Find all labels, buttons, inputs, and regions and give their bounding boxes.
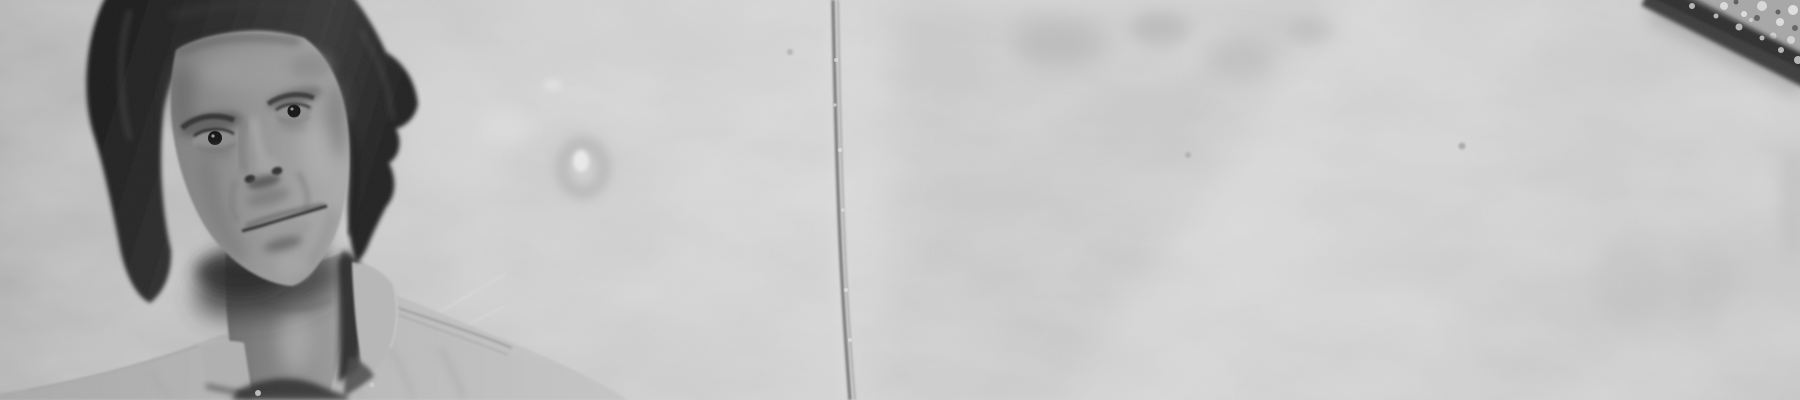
photo-canvas bbox=[0, 0, 1800, 400]
film-grain bbox=[0, 0, 1800, 400]
photograph bbox=[0, 0, 1800, 400]
